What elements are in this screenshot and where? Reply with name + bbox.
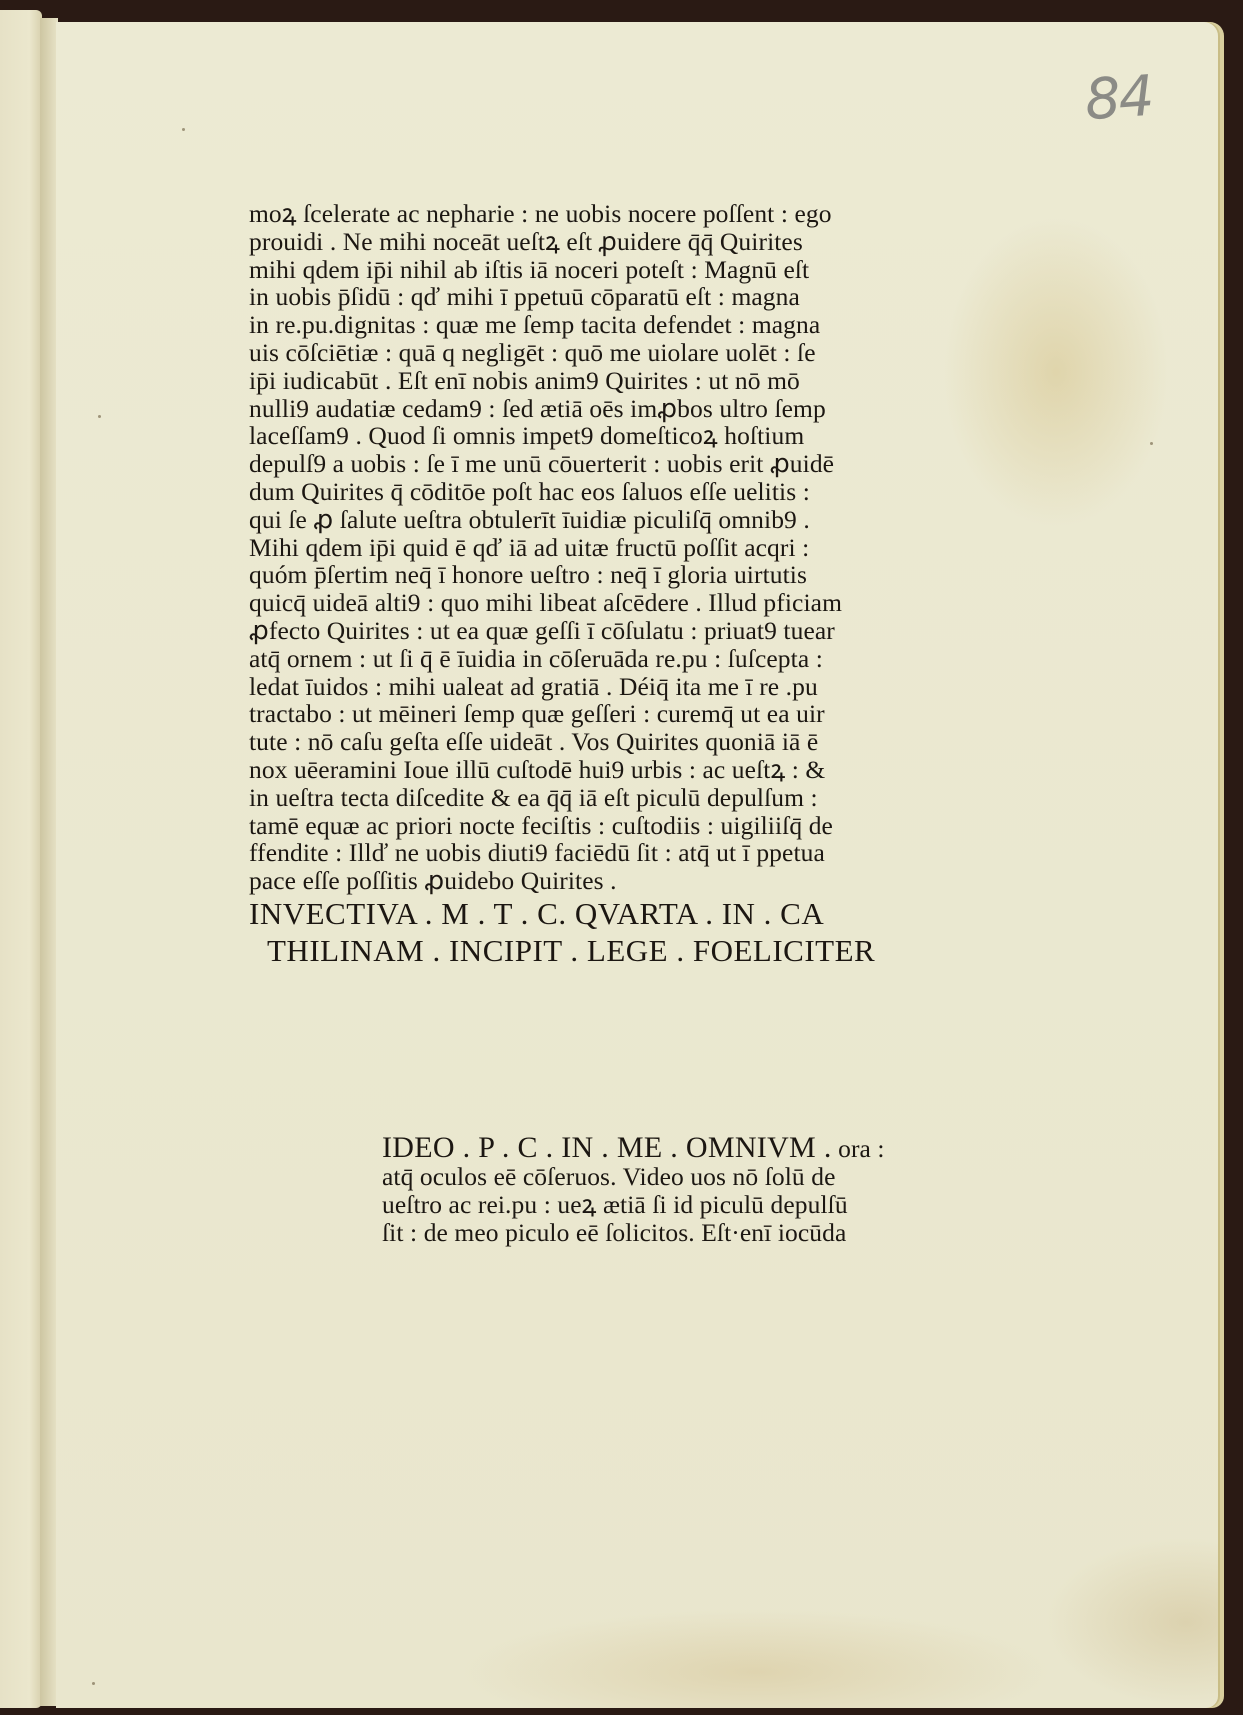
text-line: nox uēeramini Ioue illū cuſtodē hui9 urb… xyxy=(249,756,889,784)
text-line: in ueſtra tecta diſcedite & ea q̄q̄ iā e… xyxy=(249,784,889,812)
text-line: dum Quirites q̄ cōditōe poſt hac eos ſal… xyxy=(249,478,889,506)
text-line: mihi qdem ip̄i nihil ab iſtis iā noceri … xyxy=(249,256,889,284)
text-line: in uobis p̄ſidū : qď mihi ī ppetuū cōpar… xyxy=(249,283,889,311)
text-line: Mihi qdem ip̄i quid ē qď iā ad uitæ fruc… xyxy=(249,534,889,562)
paper-speck xyxy=(98,415,101,418)
body-text-block: moꝝ ſcelerate ac nepharie : ne uobis noc… xyxy=(249,200,889,969)
text-line: in re.pu.dignitas : quæ me ſemp tacita d… xyxy=(249,311,889,339)
incipit-first-line: IDEO . P . C . IN . ME . OMNIVM . ora : xyxy=(382,1134,902,1163)
text-line: tamē equæ ac priori nocte feciſtis : cuſ… xyxy=(249,812,889,840)
text-line: ueſtro ac rei.pu : ueꝝ ætiā ſi id piculū… xyxy=(382,1191,902,1219)
folio-number: 84 xyxy=(1083,64,1155,134)
text-line: ſit : de meo piculo eē ſolicitos. Eſt·en… xyxy=(382,1219,902,1247)
text-line: atq̄ ornem : ut ſi q̄ ē īuidia in cōſeru… xyxy=(249,645,889,673)
paper-speck xyxy=(182,128,185,131)
incipit-text-block: IDEO . P . C . IN . ME . OMNIVM . ora : … xyxy=(382,1134,902,1247)
text-line: ffendite : Illď ne uobis diuti9 faciēdū … xyxy=(249,839,889,867)
text-line: moꝝ ſcelerate ac nepharie : ne uobis noc… xyxy=(249,200,889,228)
text-line: quóm p̄ſertim neq̄ ī honore ueſtro : neq… xyxy=(249,561,889,589)
text-line: uis cōſciētiæ : quā q negligēt : quō me … xyxy=(249,339,889,367)
incipit-capitals: IDEO . P . C . IN . ME . OMNIVM . xyxy=(382,1131,832,1164)
text-line: ip̄i iudicabūt . Eſt enī nobis anim9 Qui… xyxy=(249,367,889,395)
paper-speck xyxy=(1150,442,1153,445)
facing-page-edge xyxy=(0,10,42,1708)
section-heading-line-2: THILINAM . INCIPIT . LEGE . FOELICITER xyxy=(249,932,889,969)
text-line: ledat īuidos : mihi ualeat ad gratiā . D… xyxy=(249,673,889,701)
paper-speck xyxy=(92,1682,95,1685)
text-line: tute : nō caſu geſta eſſe uideāt . Vos Q… xyxy=(249,728,889,756)
text-line: depulſ9 a uobis : ſe ī me unū cōuerterit… xyxy=(249,450,889,478)
section-heading-line-1: INVECTIVA . M . T . C. QVARTA . IN . CA xyxy=(249,895,889,932)
text-line: tractabo : ut mēineri ſemp quæ geſſeri :… xyxy=(249,700,889,728)
text-line: qui ſe ꝓ ſalute ueſtra obtulerīt īuidiæ … xyxy=(249,506,889,534)
text-line: laceſſam9 . Quod ſi omnis impet9 domeſti… xyxy=(249,422,889,450)
text-line: pace eſſe poſſitis ꝓuidebo Quirites . xyxy=(249,867,889,895)
text-line: ꝓfecto Quirites : ut ea quæ geſſi ī cōſu… xyxy=(249,617,889,645)
text-line: prouidi . Ne mihi noceāt ueſtꝝ eſt ꝓuide… xyxy=(249,228,889,256)
text-line: nulli9 audatiæ cedam9 : ſed ætiā oēs imꝓ… xyxy=(249,395,889,423)
text-line: atq̄ oculos eē cōſeruos. Video uos nō ſo… xyxy=(382,1163,902,1191)
incipit-first-line-rest: ora : xyxy=(832,1134,885,1163)
text-line: quicq̄ uideā alti9 : quo mihi libeat aſc… xyxy=(249,589,889,617)
